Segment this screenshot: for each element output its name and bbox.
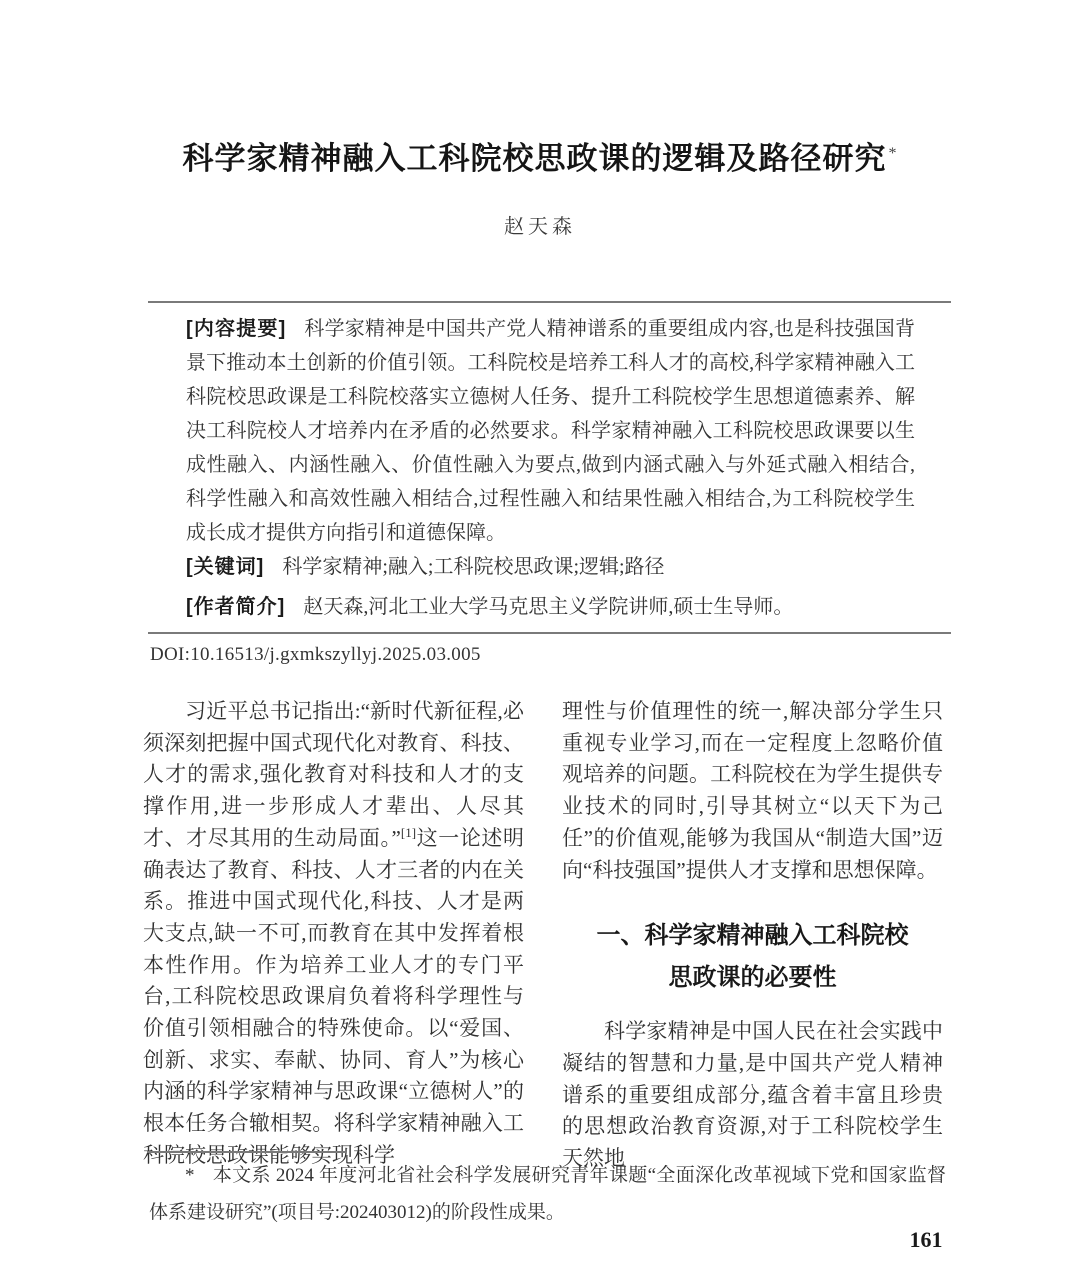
article-title-text: 科学家精神融入工科院校思政课的逻辑及路径研究 bbox=[183, 141, 887, 176]
author-bio-label: [作者简介] bbox=[186, 596, 285, 618]
keywords-label: [关键词] bbox=[186, 556, 264, 578]
footnote-rule bbox=[147, 1151, 346, 1153]
section-1-heading: 一、科学家精神融入工科院校 思政课的必要性 bbox=[562, 915, 943, 999]
author-bio-line: [作者简介]赵天森,河北工业大学马克思主义学院讲师,硕士生导师。 bbox=[186, 590, 915, 624]
doi-text: DOI:10.16513/j.gxmkszyllyj.2025.03.005 bbox=[150, 644, 481, 666]
body-paragraph-2: 理性与价值理性的统一,解决部分学生只重视专业学习,而在一定程度上忽略价值观培养的… bbox=[562, 696, 943, 886]
article-title: 科学家精神融入工科院校思政课的逻辑及路径研究* bbox=[0, 133, 1080, 178]
footnote: *本文系 2024 年度河北省社会科学发展研究青年课题“全面深化改革视域下党和国… bbox=[149, 1157, 946, 1231]
section-1-heading-line1: 一、科学家精神融入工科院校 bbox=[562, 915, 943, 957]
section-1-heading-line2: 思政课的必要性 bbox=[562, 957, 943, 999]
body-paragraph-3: 科学家精神是中国人民在社会实践中凝结的智慧和力量,是中国共产党人精神谱系的重要组… bbox=[562, 1016, 943, 1175]
article-meta-block: [内容提要]科学家精神是中国共产党人精神谱系的重要组成内容,也是科技强国背景下推… bbox=[186, 312, 915, 624]
abstract-paragraph: [内容提要]科学家精神是中国共产党人精神谱系的重要组成内容,也是科技强国背景下推… bbox=[186, 312, 915, 550]
author-bio-text: 赵天森,河北工业大学马克思主义学院讲师,硕士生导师。 bbox=[303, 596, 793, 618]
title-footnote-marker: * bbox=[889, 145, 898, 162]
footnote-text: 本文系 2024 年度河北省社会科学发展研究青年课题“全面深化改革视域下党和国家… bbox=[149, 1165, 946, 1223]
abstract-text: 科学家精神是中国共产党人精神谱系的重要组成内容,也是科技强国背景下推动本土创新的… bbox=[186, 318, 915, 544]
journal-page: 科学家精神融入工科院校思政课的逻辑及路径研究* 赵天森 [内容提要]科学家精神是… bbox=[0, 0, 1080, 1277]
body-paragraph-1: 习近平总书记指出:“新时代新征程,必须深刻把握中国式现代化对教育、科技、人才的需… bbox=[143, 696, 524, 1172]
abstract-top-rule bbox=[148, 301, 951, 303]
footnote-marker: * bbox=[185, 1165, 195, 1186]
body-column-left: 习近平总书记指出:“新时代新征程,必须深刻把握中国式现代化对教育、科技、人才的需… bbox=[143, 696, 524, 1172]
meta-bottom-rule bbox=[148, 632, 951, 634]
page-number: 161 bbox=[901, 1227, 951, 1253]
keywords-line: [关键词]科学家精神;融入;工科院校思政课;逻辑;路径 bbox=[186, 550, 915, 584]
abstract-label: [内容提要] bbox=[186, 318, 286, 340]
reference-marker-1: [1] bbox=[401, 825, 416, 840]
keywords-text: 科学家精神;融入;工科院校思政课;逻辑;路径 bbox=[282, 556, 664, 578]
body-paragraph-1-continuation: 这一论述明确表达了教育、科技、人才三者的内在关系。推进中国式现代化,科技、人才是… bbox=[143, 826, 524, 1167]
body-column-right: 理性与价值理性的统一,解决部分学生只重视专业学习,而在一定程度上忽略价值观培养的… bbox=[562, 696, 943, 1175]
author-name: 赵天森 bbox=[0, 210, 1080, 239]
